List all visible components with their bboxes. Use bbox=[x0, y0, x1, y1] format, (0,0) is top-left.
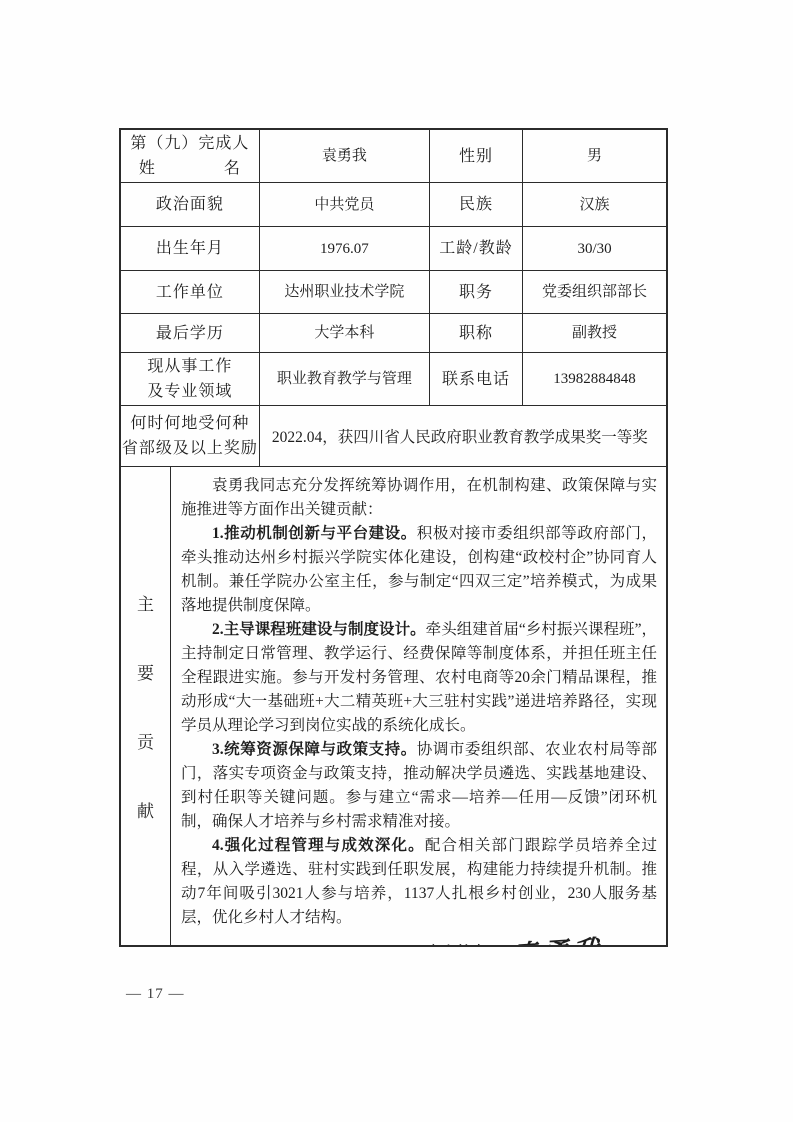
field-value-work-teaching-years: 30/30 bbox=[522, 227, 666, 270]
field-value-professional-title: 副教授 bbox=[522, 314, 666, 352]
field-value-education: 大学本科 bbox=[259, 314, 429, 352]
field-value-political-status: 中共党员 bbox=[259, 183, 429, 226]
completer-info-form-table: 第（九）完成人 姓 名 袁勇我 性别 男 政治面貌 中共党员 民族 汉族 出生年… bbox=[119, 128, 668, 947]
table-row: 第（九）完成人 姓 名 袁勇我 性别 男 bbox=[121, 130, 666, 182]
contribution-vertical-label: 主 要 贡 献 bbox=[121, 467, 170, 945]
field-label-political-status: 政治面貌 bbox=[121, 183, 259, 226]
contribution-row: 主 要 贡 献 袁勇我同志充分发挥统筹协调作用，在机制构建、政策保障与实施推进等… bbox=[121, 466, 666, 945]
field-label-work-unit: 工作单位 bbox=[121, 271, 259, 313]
document-page: 第（九）完成人 姓 名 袁勇我 性别 男 政治面貌 中共党员 民族 汉族 出生年… bbox=[0, 0, 793, 1122]
contribution-paragraph: 袁勇我同志充分发挥统筹协调作用，在机制构建、政策保障与实施推进等方面作出关键贡献… bbox=[181, 474, 657, 522]
contribution-paragraph: 1.推动机制创新与平台建设。积极对接市委组织部等政府部门，牵头推动达州乡村振兴学… bbox=[181, 522, 657, 618]
field-value-phone: 13982884848 bbox=[522, 353, 666, 405]
award-row: 何时何地受何种 省部级及以上奖励 2022.04，获四川省人民政府职业教育教学成… bbox=[121, 405, 666, 466]
field-label-phone: 联系电话 bbox=[429, 353, 522, 405]
field-value-gender: 男 bbox=[522, 130, 666, 182]
table-row: 工作单位 达州职业技术学院 职务 党委组织部部长 bbox=[121, 270, 666, 313]
page-number: — 17 — bbox=[126, 986, 185, 1003]
field-label-current-work-field: 现从事工作 及专业领域 bbox=[121, 353, 259, 405]
field-value-position: 党委组织部部长 bbox=[522, 271, 666, 313]
field-label-ethnicity: 民族 bbox=[429, 183, 522, 226]
field-value-awards: 2022.04，获四川省人民政府职业教育教学成果奖一等奖 bbox=[259, 406, 666, 466]
contribution-paragraph: 4.强化过程管理与成效深化。配合相关部门跟踪学员培养全过程，从入学遴选、驻村实践… bbox=[181, 834, 657, 930]
table-row: 出生年月 1976.07 工龄/教龄 30/30 bbox=[121, 226, 666, 270]
field-value-ethnicity: 汉族 bbox=[522, 183, 666, 226]
signature-label: 本人签名： bbox=[425, 944, 503, 945]
field-label-name: 第（九）完成人 姓 名 bbox=[121, 130, 259, 182]
contribution-paragraph: 2.主导课程班建设与制度设计。牵头组建首届“乡村振兴课程班”，主持制定日常管理、… bbox=[181, 618, 657, 738]
field-label-education: 最后学历 bbox=[121, 314, 259, 352]
field-value-work-unit: 达州职业技术学院 bbox=[259, 271, 429, 313]
table-row: 最后学历 大学本科 职称 副教授 bbox=[121, 313, 666, 352]
table-row: 现从事工作 及专业领域 职业教育教学与管理 联系电话 13982884848 bbox=[121, 352, 666, 405]
field-label-professional-title: 职称 bbox=[429, 314, 522, 352]
field-value-birth-date: 1976.07 bbox=[259, 227, 429, 270]
contribution-paragraph: 3.统筹资源保障与政策支持。协调市委组织部、农业农村局等部门，落实专项资金与政策… bbox=[181, 738, 657, 834]
table-row: 政治面貌 中共党员 民族 汉族 bbox=[121, 182, 666, 226]
signature-block: 本人签名：袁勇我 2025年10月14日 bbox=[181, 940, 602, 945]
contribution-content: 袁勇我同志充分发挥统筹协调作用，在机制构建、政策保障与实施推进等方面作出关键贡献… bbox=[170, 467, 666, 945]
field-label-work-teaching-years: 工龄/教龄 bbox=[429, 227, 522, 270]
field-label-position: 职务 bbox=[429, 271, 522, 313]
field-value-current-work-field: 职业教育教学与管理 bbox=[259, 353, 429, 405]
field-label-gender: 性别 bbox=[429, 130, 522, 182]
field-label-birth-date: 出生年月 bbox=[121, 227, 259, 270]
field-label-awards: 何时何地受何种 省部级及以上奖励 bbox=[121, 406, 259, 466]
signature-handwritten-name: 袁勇我 bbox=[508, 937, 604, 945]
field-value-name: 袁勇我 bbox=[259, 130, 429, 182]
